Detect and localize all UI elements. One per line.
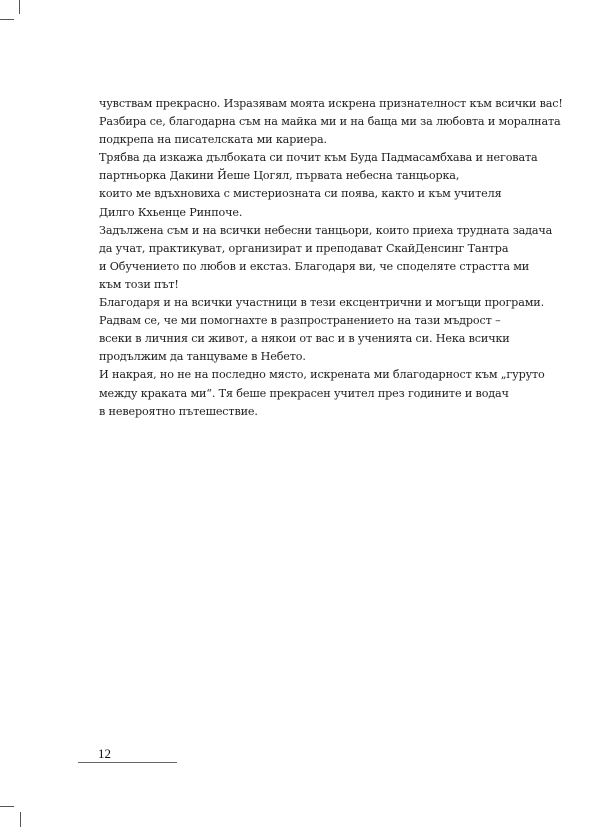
text-line: Задължена съм и на всички небесни танцьо…: [99, 222, 539, 240]
text-line: Радвам се, че ми помогнахте в разпростра…: [99, 312, 539, 330]
text-line: към този път!: [99, 276, 539, 294]
text-line: Дилго Кхьенце Ринпоче.: [99, 204, 539, 222]
text-line: Трябва да изкажа дълбоката си почит към …: [99, 149, 539, 167]
crop-mark-bottom-left-vertical: [20, 812, 21, 827]
text-line: в невероятно пътешествие.: [99, 403, 539, 421]
text-line: и Обучението по любов и екстаз. Благодар…: [99, 258, 539, 276]
text-line: подкрепа на писателската ми кариера.: [99, 131, 539, 149]
crop-mark-bottom-left-horizontal: [0, 806, 14, 807]
text-line: И накрая, но не на последно място, искре…: [99, 366, 539, 384]
page-number: 12: [98, 746, 111, 762]
text-line: продължим да танцуваме в Небето.: [99, 348, 539, 366]
text-line: Разбира се, благодарна съм на майка ми и…: [99, 113, 539, 131]
text-line: да учат, практикуват, организират и преп…: [99, 240, 539, 258]
footer-rule: [78, 762, 177, 763]
text-line: между краката ми“. Тя беше прекрасен учи…: [99, 385, 539, 403]
text-line: всеки в личния си живот, а някои от вас …: [99, 330, 539, 348]
text-line: чувствам прекрасно. Изразявам моята искр…: [99, 95, 539, 113]
body-text: чувствам прекрасно. Изразявам моята искр…: [99, 95, 539, 421]
text-line: Благодаря и на всички участници в тези е…: [99, 294, 539, 312]
crop-mark-top-left-vertical: [19, 0, 20, 14]
text-line: партньорка Дакини Йеше Цогял, първата не…: [99, 167, 539, 185]
document-page: чувствам прекрасно. Изразявам моята искр…: [0, 0, 591, 827]
text-line: които ме вдъхновиха с мистериозната си п…: [99, 185, 539, 203]
crop-mark-top-left-horizontal: [0, 19, 14, 20]
